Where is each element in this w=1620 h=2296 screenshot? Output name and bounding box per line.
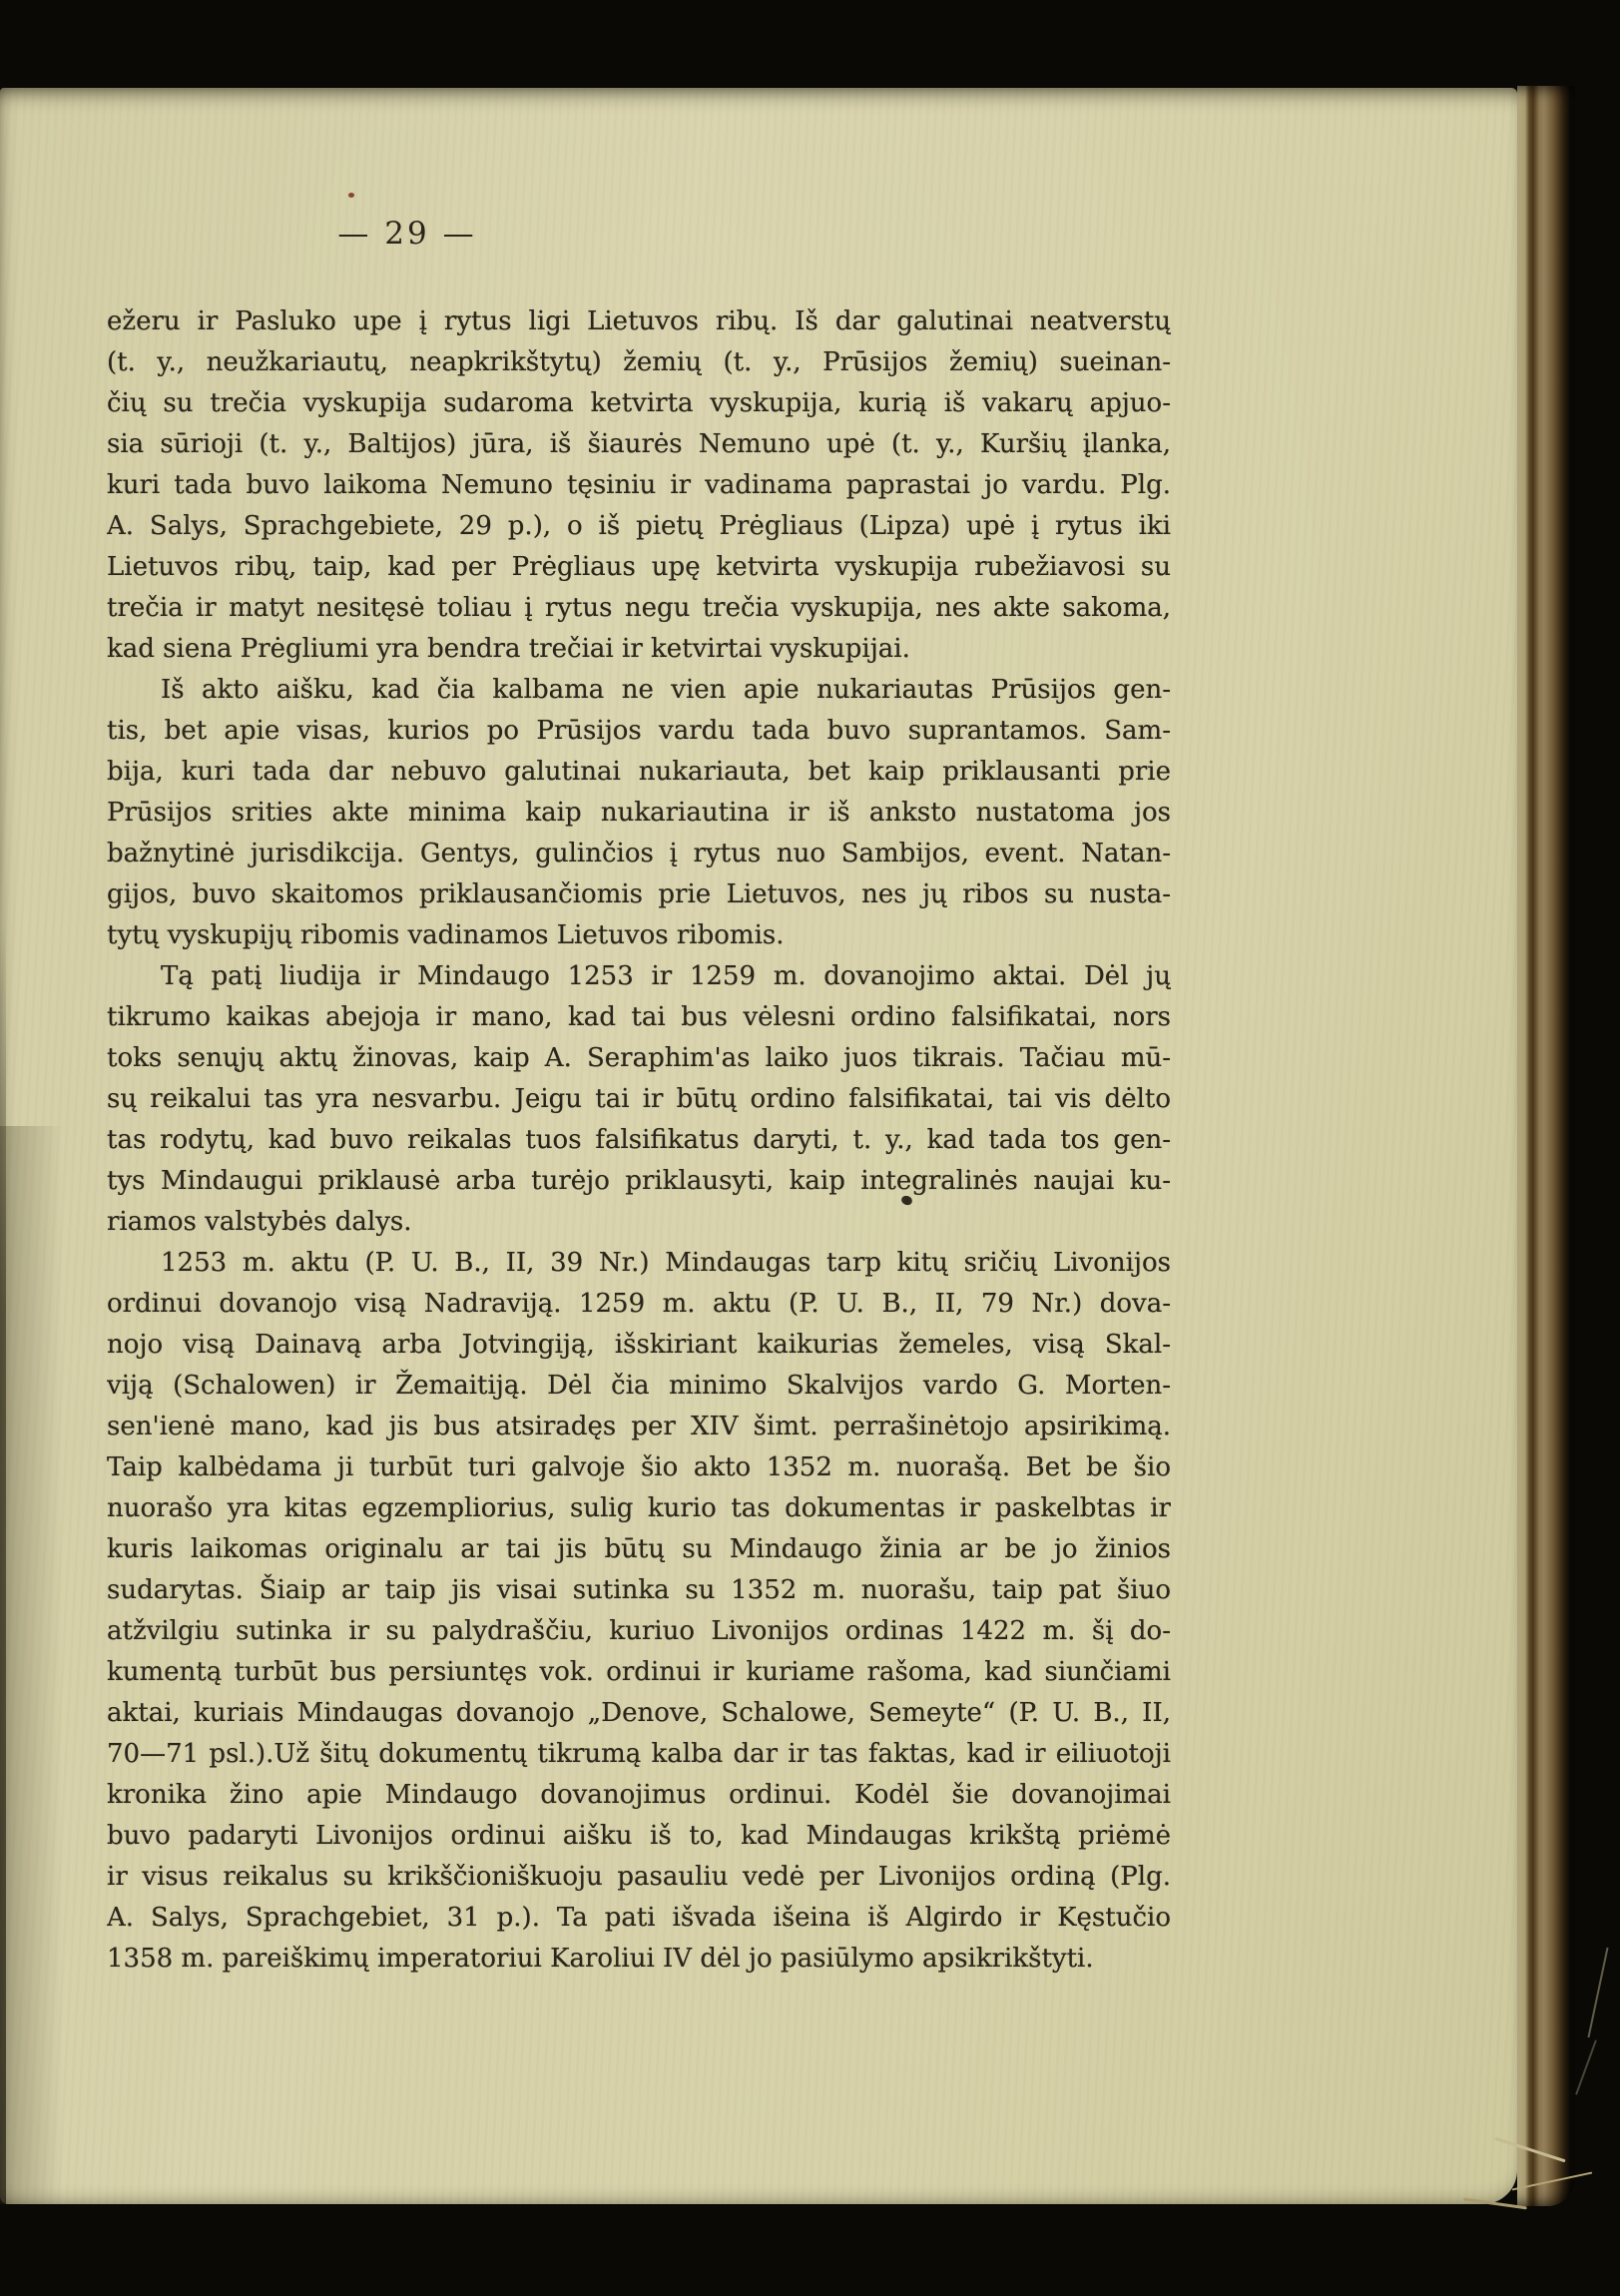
text-line: riamos valstybės dalys. bbox=[107, 1202, 1171, 1243]
text-line: aktai, kuriais Mindaugas dovanojo „Denov… bbox=[107, 1693, 1171, 1734]
text-line: čių su trečia vyskupija sudaroma ketvirt… bbox=[107, 383, 1171, 424]
text-line: nuorašo yra kitas egzempliorius, sulig k… bbox=[107, 1488, 1171, 1529]
text-line: 1253 m. aktu (P. U. B., II, 39 Nr.) Mind… bbox=[107, 1243, 1171, 1284]
paper-speck bbox=[348, 193, 354, 198]
paper-sheet: — 29 — ežeru ir Pasluko upe į rytus ligi… bbox=[0, 88, 1517, 2204]
text-line: kronika žino apie Mindaugo dovanojimus o… bbox=[107, 1775, 1171, 1816]
text-line: Prūsijos srities akte minima kaip nukari… bbox=[107, 793, 1171, 834]
text-line: kuri tada buvo laikoma Nemuno tęsiniu ir… bbox=[107, 465, 1171, 506]
text-line: tis, bet apie visas, kurios po Prūsijos … bbox=[107, 711, 1171, 752]
text-line: 70—71 psl.).Už šitų dokumentų tikrumą ka… bbox=[107, 1734, 1171, 1775]
scratch-mark bbox=[1587, 1948, 1608, 2037]
text-line: sia sūrioji (t. y., Baltijos) jūra, iš š… bbox=[107, 424, 1171, 465]
text-line: nojo visą Dainavą arba Jotvingiją, išski… bbox=[107, 1325, 1171, 1366]
text-line: gijos, buvo skaitomos priklausančiomis p… bbox=[107, 874, 1171, 915]
body-text: ežeru ir Pasluko upe į rytus ligi Lietuv… bbox=[107, 301, 1171, 1980]
text-line: sudarytas. Šiaip ar taip jis visai sutin… bbox=[107, 1570, 1171, 1611]
text-line: Tą patį liudija ir Mindaugo 1253 ir 1259… bbox=[107, 956, 1171, 997]
text-line: Taip kalbėdama ji turbūt turi galvoje ši… bbox=[107, 1447, 1171, 1488]
text-line: bažnytinė jurisdikcija. Gentys, gulinčio… bbox=[107, 834, 1171, 874]
text-line: kad siena Prėgliumi yra bendra trečiai i… bbox=[107, 629, 1171, 670]
text-line: viją (Schalowen) ir Žemaitiją. Dėl čia m… bbox=[107, 1366, 1171, 1407]
text-line: toks senųjų aktų žinovas, kaip A. Seraph… bbox=[107, 1038, 1171, 1079]
gutter-shadow bbox=[0, 1126, 84, 2204]
text-line: kuris laikomas originalu ar tai jis būtų… bbox=[107, 1529, 1171, 1570]
text-line: sų reikalui tas yra nesvarbu. Jeigu tai … bbox=[107, 1079, 1171, 1120]
text-line: ežeru ir Pasluko upe į rytus ligi Lietuv… bbox=[107, 301, 1171, 342]
text-line: buvo padaryti Livonijos ordinui aišku iš… bbox=[107, 1816, 1171, 1857]
text-line: ir visus reikalus su krikščioniškuoju pa… bbox=[107, 1857, 1171, 1898]
text-line: trečia ir matyt nesitęsė toliau į rytus … bbox=[107, 588, 1171, 629]
text-line: tytų vyskupijų ribomis vadinamos Lietuvo… bbox=[107, 915, 1171, 956]
book-fore-edge bbox=[1517, 86, 1575, 2206]
text-line: atžvilgiu sutinka ir su palydraščiu, kur… bbox=[107, 1611, 1171, 1652]
page-left-edge-line bbox=[0, 926, 6, 2204]
text-line: bija, kuri tada dar nebuvo galutinai nuk… bbox=[107, 752, 1171, 793]
text-line: sen'ienė mano, kad jis bus atsiradęs per… bbox=[107, 1407, 1171, 1447]
text-line: A. Salys, Sprachgebiet, 31 p.). Ta pati … bbox=[107, 1898, 1171, 1939]
text-line: Iš akto aišku, kad čia kalbama ne vien a… bbox=[107, 670, 1171, 711]
page-number: — 29 — bbox=[297, 216, 517, 252]
text-line: 1358 m. pareiškimų imperatoriui Karoliui… bbox=[107, 1939, 1171, 1980]
text-line: ordinui dovanojo visą Nadraviją. 1259 m.… bbox=[107, 1284, 1171, 1325]
text-line: tikrumo kaikas abejoja ir mano, kad tai … bbox=[107, 997, 1171, 1038]
scanned-book-page: — 29 — ežeru ir Pasluko upe į rytus ligi… bbox=[0, 0, 1620, 2296]
text-line: Lietuvos ribų, taip, kad per Prėgliaus u… bbox=[107, 547, 1171, 588]
text-line: tys Mindaugui priklausė arba turėjo prik… bbox=[107, 1161, 1171, 1202]
scratch-mark bbox=[1575, 2039, 1597, 2094]
text-line: tas rodytų, kad buvo reikalas tuos falsi… bbox=[107, 1120, 1171, 1161]
text-line: (t. y., neužkariautų, neapkrikštytų) žem… bbox=[107, 342, 1171, 383]
text-line: A. Salys, Sprachgebiete, 29 p.), o iš pi… bbox=[107, 506, 1171, 547]
text-line: kumentą turbūt bus persiuntęs vok. ordin… bbox=[107, 1652, 1171, 1693]
